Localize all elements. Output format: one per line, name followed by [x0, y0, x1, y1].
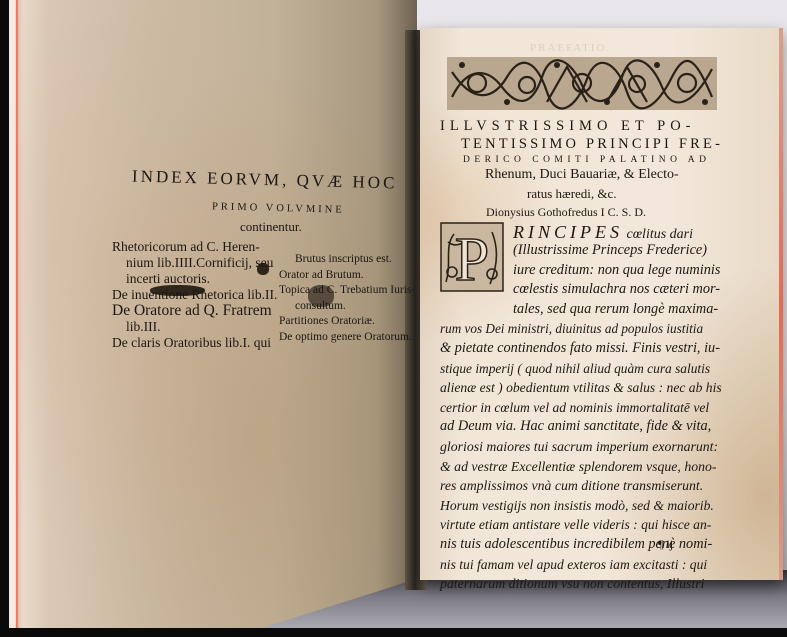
- index-entry: Rhetoricorum ad C. Heren-: [112, 239, 292, 255]
- index-entries-right: Brutus inscriptus est. Orator ad Brutum.…: [279, 252, 409, 345]
- body-line: ad Deum via. Hac animi sanctitate, fide …: [440, 417, 770, 437]
- ink-blot: [308, 285, 334, 307]
- headpiece-ornament-icon: [447, 57, 717, 110]
- index-entry: De Oratore ad Q. Fratrem: [112, 303, 292, 319]
- body-line: certior in cœlum vel ad nominis immortal…: [440, 398, 770, 418]
- index-entry: lib.III.: [112, 319, 292, 335]
- ink-blot: [257, 263, 269, 275]
- signature-mark: ¶ ij: [658, 537, 673, 552]
- frame-bottom: [0, 628, 787, 637]
- dedication-heading-line: TENTISSIMO PRINCIPI FRE-: [461, 136, 723, 153]
- index-entry: Partitiones Oratoriæ.: [279, 314, 409, 330]
- opening-word: RINCIPES cœlitus dari: [513, 222, 693, 243]
- index-continues: continentur.: [240, 219, 302, 235]
- body-line: gloriosi maiores tui sacrum imperium exo…: [440, 437, 770, 457]
- frame-left: [0, 0, 9, 637]
- index-entry: Brutus inscriptus est.: [279, 252, 409, 268]
- dedication-author: Dionysius Gothofredus I C. S. D.: [486, 205, 646, 220]
- opening-rest: cœlitus dari: [623, 227, 693, 242]
- body-line: nis tui famam vel apud exteros iam excit…: [440, 555, 770, 575]
- index-entry: Topica ad C. Trebatium Iuris-: [279, 283, 409, 299]
- ink-blot: [150, 285, 205, 296]
- body-line: nis tuis adolescentibus incredibilem pen…: [440, 535, 770, 555]
- body-line: res amplissimos vnà cum ditione transmis…: [440, 476, 770, 496]
- body-line: rum vos Dei ministri, diuinitus ad popul…: [440, 319, 770, 339]
- running-head-showthrough: PRAEFATIO.: [530, 42, 611, 54]
- index-entry: De claris Oratoribus lib.I. qui: [112, 335, 292, 351]
- body-line: cœlestis simulachra nos cæteri mor-: [440, 280, 770, 300]
- body-line: virtute etiam antistare velle videris : …: [440, 515, 770, 535]
- body-line: alienæ est ) obedientum vtilitas & salus…: [440, 378, 770, 398]
- body-line: iure creditum: non qua lege numinis: [440, 261, 770, 281]
- index-entry: De optimo genere Oratorum.: [279, 330, 409, 346]
- right-page-red-edge: [779, 28, 783, 580]
- body-line: & pietate continendos fato missi. Finis …: [440, 339, 770, 359]
- dedication-heading-line: Rhenum, Duci Bauariæ, & Electo-: [485, 167, 679, 183]
- opening-caps: RINCIPES: [513, 222, 623, 242]
- dedication-heading-line: DERICO COMITI PALATINO AD: [463, 155, 711, 165]
- dedication-heading-line: ratus hæredi, &c.: [527, 186, 617, 202]
- body-line: stique imperij ( quod nihil aliud quàm c…: [440, 359, 770, 379]
- body-line: & ad vestræ Excellentiæ splendorem vsque…: [440, 457, 770, 477]
- dedication-body: (Illustrissime Princeps Frederice) iure …: [440, 241, 770, 594]
- body-line: (Illustrissime Princeps Frederice): [440, 241, 770, 261]
- body-line: paternarum ditionum vsu non contentus, I…: [440, 574, 770, 594]
- left-page-red-edge: [9, 0, 23, 628]
- body-line: Horum vestigijs non insistis modò, sed &…: [440, 496, 770, 516]
- dedication-heading-line: ILLVSTRISSIMO ET PO-: [440, 118, 696, 135]
- body-line: tales, sed qua rerum longè maxima-: [440, 300, 770, 320]
- index-entry: consultum.: [279, 299, 409, 315]
- index-entries-left: Rhetoricorum ad C. Heren- nium lib.IIII.…: [112, 239, 292, 351]
- index-entry: Orator ad Brutum.: [279, 268, 409, 284]
